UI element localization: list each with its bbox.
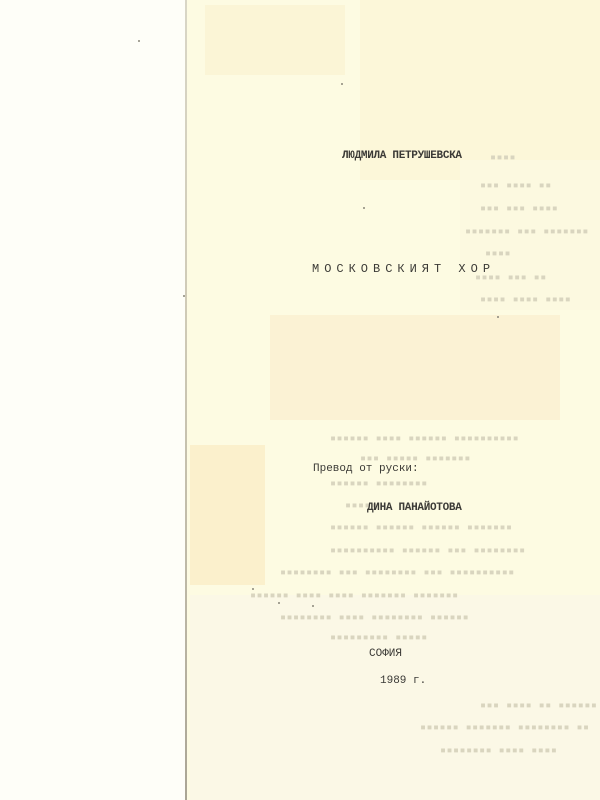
paper-discoloration xyxy=(190,445,265,585)
paper-discoloration xyxy=(270,315,560,420)
publication-city: СОФИЯ xyxy=(369,648,402,660)
translator-name: ДИНА ПАНАЙОТОВА xyxy=(367,502,462,514)
dust-speck xyxy=(312,605,314,607)
dust-speck xyxy=(497,316,499,318)
translation-label: Превод от руски: xyxy=(313,463,419,475)
scanned-document: ▪▪▪▪ ▪▪▪ ▪▪▪▪ ▪▪ ▪▪▪ ▪▪▪ ▪▪▪▪ ▪▪▪▪▪▪▪ ▪▪… xyxy=(0,0,600,800)
dust-speck xyxy=(138,40,140,42)
book-title: МОСКОВСКИЯТ ХОР xyxy=(312,262,495,276)
dust-speck xyxy=(363,207,365,209)
paper-discoloration xyxy=(205,5,345,75)
paper-discoloration xyxy=(190,595,600,800)
dust-speck xyxy=(341,83,343,85)
author-name: ЛЮДМИЛА ПЕТРУШЕВСКА xyxy=(342,150,462,162)
publication-year: 1989 г. xyxy=(380,675,426,687)
dust-speck xyxy=(183,295,185,297)
left-blank-page xyxy=(0,0,186,800)
dust-speck xyxy=(252,588,254,590)
dust-speck xyxy=(278,602,280,604)
